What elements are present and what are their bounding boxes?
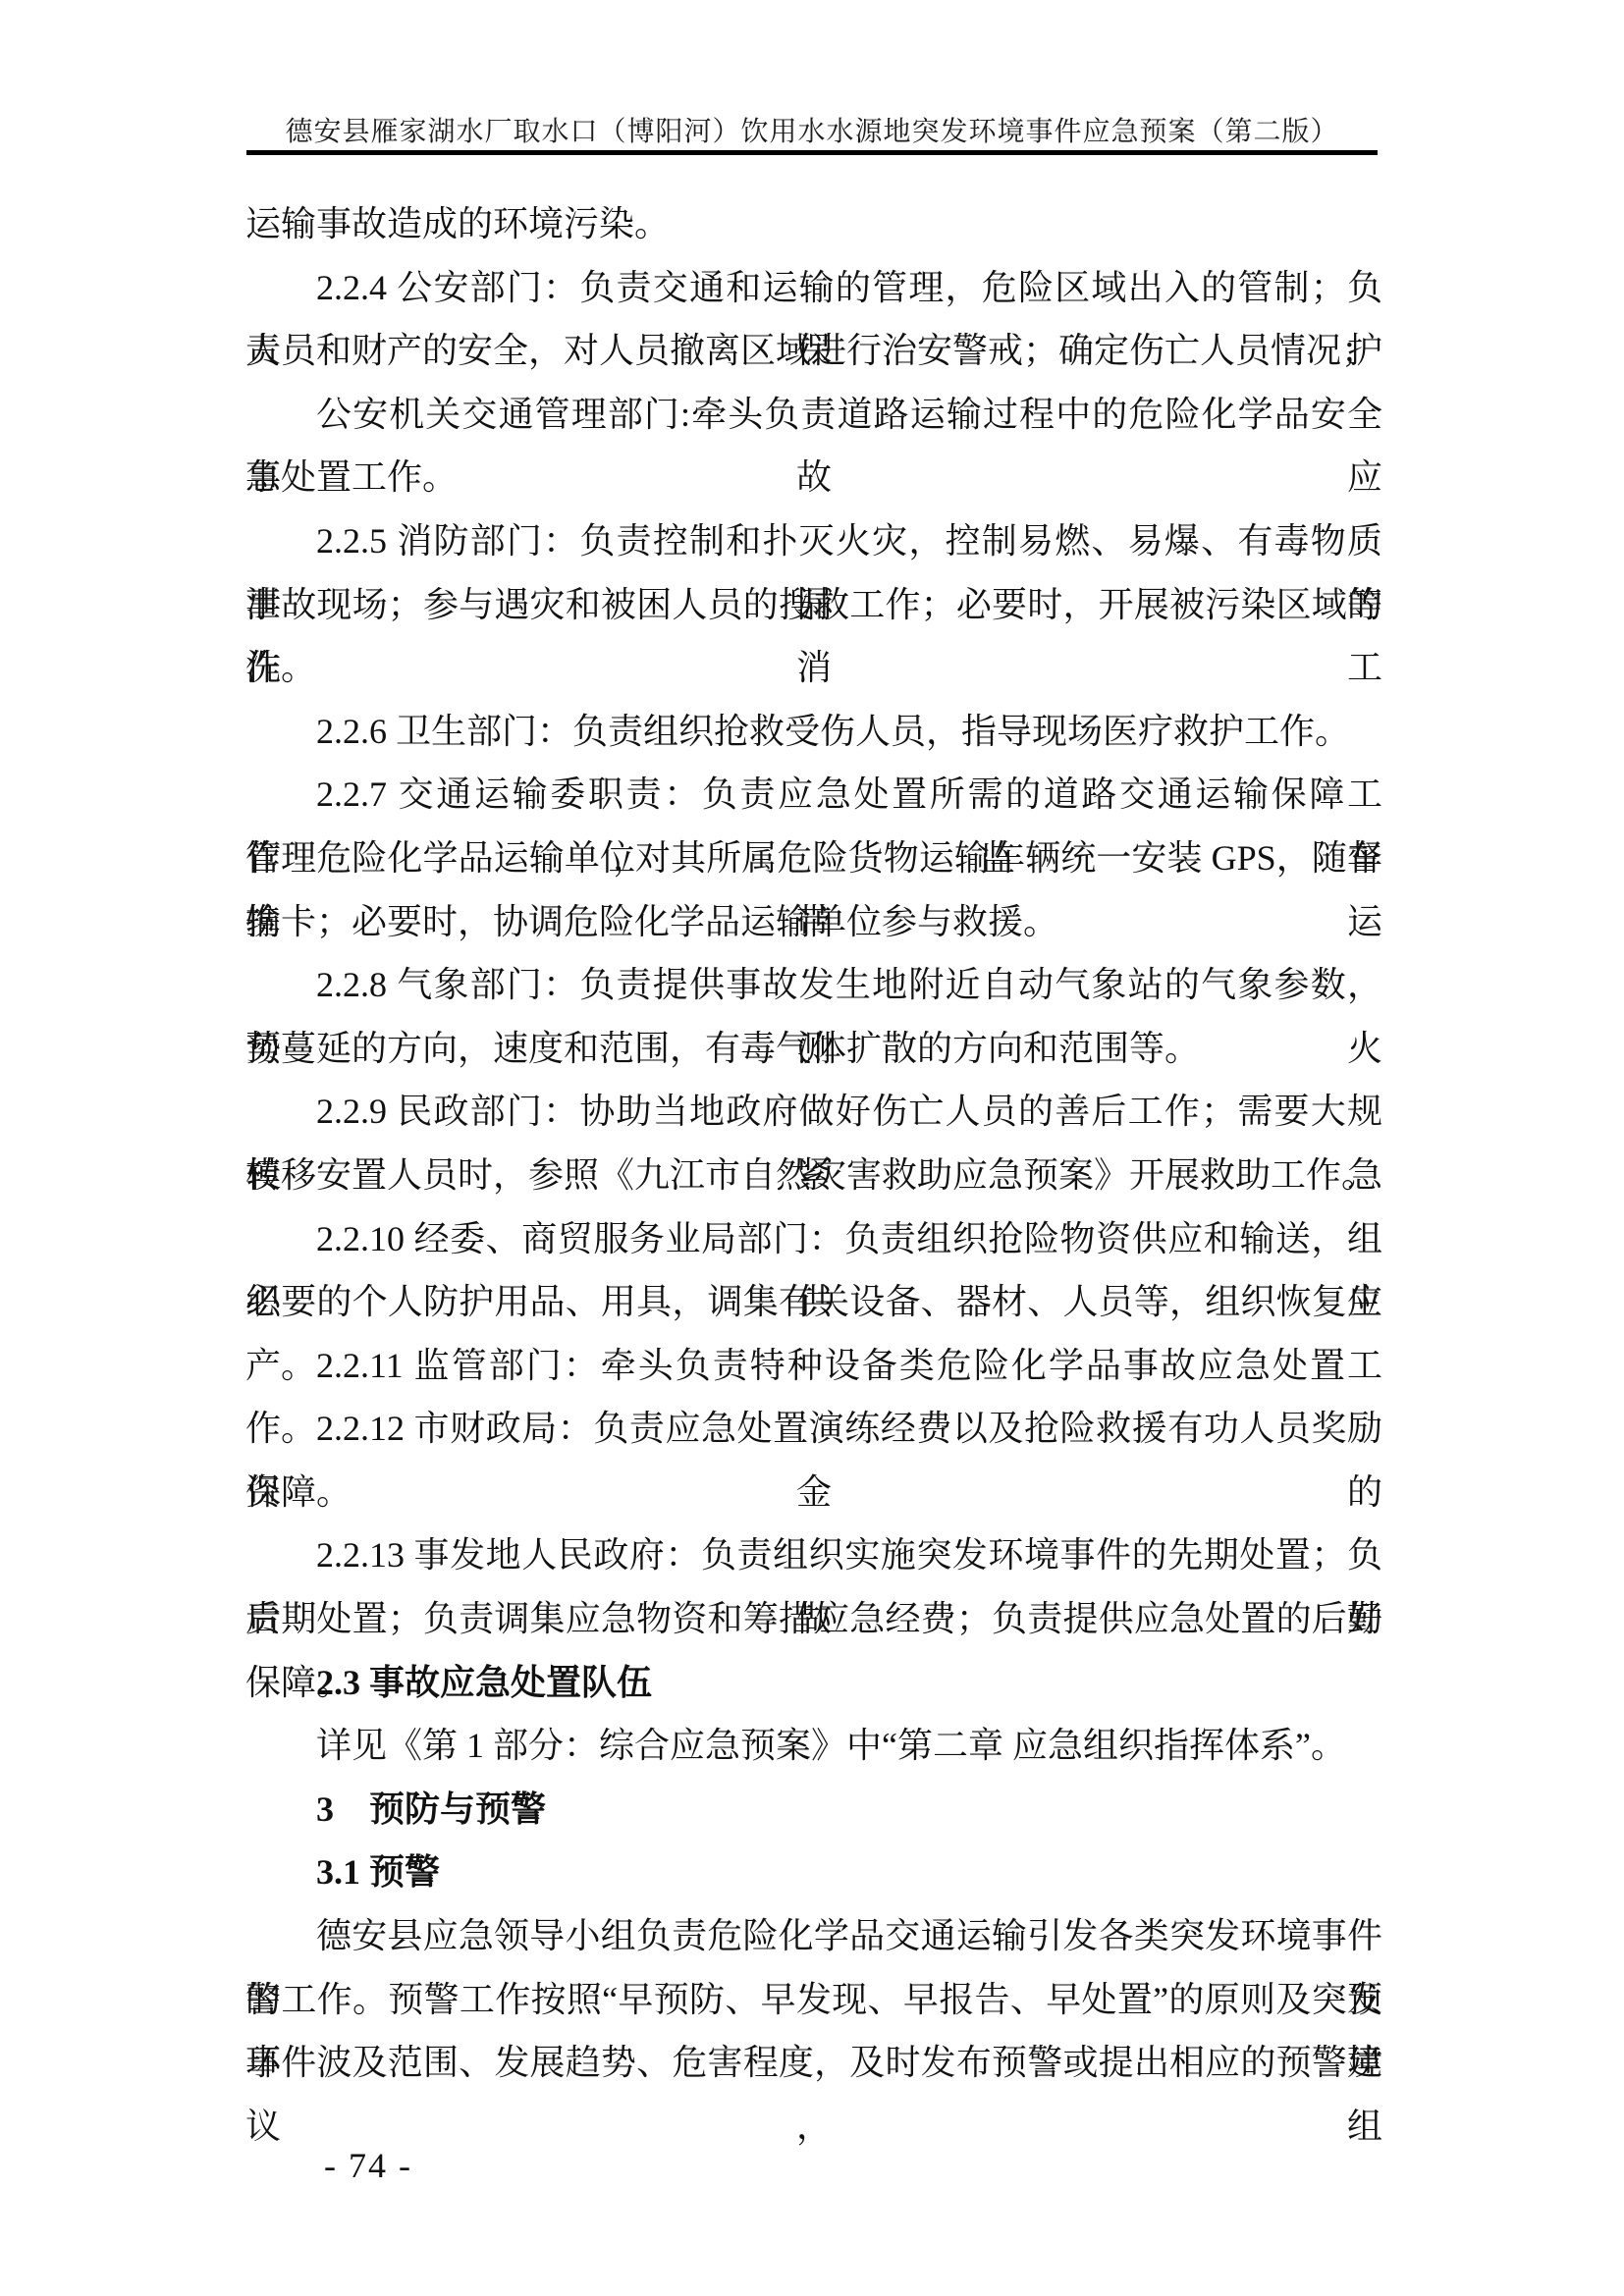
body-line: 德安县应急领导小组负责危险化学品交通运输引发各类突发环境事件的预 [245,1904,1382,1968]
body-line: 管理危险化学品运输单位对其所属危险货物运输车辆统一安装 GPS，随车携带运 [245,827,1382,890]
body-line: 2.2.7 交通运输委职责：负责应急处置所需的道路交通运输保障工作，监督 [245,763,1382,827]
body-line: 2.2.11 监管部门：牵头负责特种设备类危险化学品事故应急处置工作。 [245,1334,1382,1398]
section-heading-3-1: 3.1 预警 [245,1841,1382,1904]
body-text-column: 运输事故造成的环境污染。 2.2.4 公安部门：负责交通和运输的管理，危险区域出… [245,192,1382,2095]
body-line: 2.2.13 事发地人民政府：负责组织实施突发环境事件的先期处置；负责做好 [245,1523,1382,1587]
page-header-title: 德安县雁家湖水厂取水口（博阳河）饮用水水源地突发环境事件应急预案（第二版） [0,116,1624,149]
document-page: 德安县雁家湖水厂取水口（博阳河）饮用水水源地突发环境事件应急预案（第二版） 运输… [0,0,1624,2296]
section-heading-3: 3 预防与预警 [245,1778,1382,1842]
body-line: 2.2.9 民政部门：协助当地政府做好伤亡人员的善后工作；需要大规模紧急 [245,1080,1382,1144]
section-heading-2-3: 2.3 事故应急处置队伍 [245,1651,1382,1715]
body-line: 2.2.6 卫生部门：负责组织抢救受伤人员，指导现场医疗救护工作。 [245,700,1382,764]
body-line: 2.2.10 经委、商贸服务业局部门：负责组织抢险物资供应和输送，组织供应 [245,1207,1382,1271]
body-line: 详见《第 1 部分：综合应急预案》中“第二章 应急组织指挥体系”。 [245,1714,1382,1778]
body-line: 人员和财产的安全，对人员撤离区域进行治安警戒；确定伤亡人员情况； [245,319,1382,383]
body-line: 警工作。预警工作按照“早预防、早发现、早报告、早处置”的原则及突发环境 [245,1968,1382,2032]
body-line: 2.2.8 气象部门：负责提供事故发生地附近自动气象站的气象参数，预测火 [245,953,1382,1017]
body-line: 必要的个人防护用品、用具，调集有关设备、器材、人员等，组织恢复生产。 [245,1270,1382,1334]
body-line: 事件波及范围、发展趋势、危害程度，及时发布预警或提出相应的预警建议，组 [245,2031,1382,2095]
body-line: 2.2.12 市财政局：负责应急处置演练经费以及抢险救援有功人员奖励资金的 [245,1397,1382,1461]
body-line: 转移安置人员时，参照《九江市自然灾害救助应急预案》开展救助工作。 [245,1144,1382,1207]
body-line: 2.2.5 消防部门：负责控制和扑灭火灾，控制易燃、易爆、有毒物质泄漏等 [245,509,1382,573]
body-line: 公安机关交通管理部门:牵头负责道路运输过程中的危险化学品安全事故应 [245,383,1382,447]
page-number: - 74 - [324,2146,412,2185]
body-line: 事故现场；参与遇灾和被困人员的搜救工作；必要时，开展被污染区域的洗消工 [245,573,1382,637]
body-line: 后期处置；负责调集应急物资和筹措应急经费；负责提供应急处置的后勤保障。 [245,1587,1382,1651]
header-rule [246,150,1378,155]
body-line: 2.2.4 公安部门：负责交通和运输的管理，危险区域出入的管制；负责保护 [245,256,1382,320]
body-line: 运输事故造成的环境污染。 [245,192,1382,256]
